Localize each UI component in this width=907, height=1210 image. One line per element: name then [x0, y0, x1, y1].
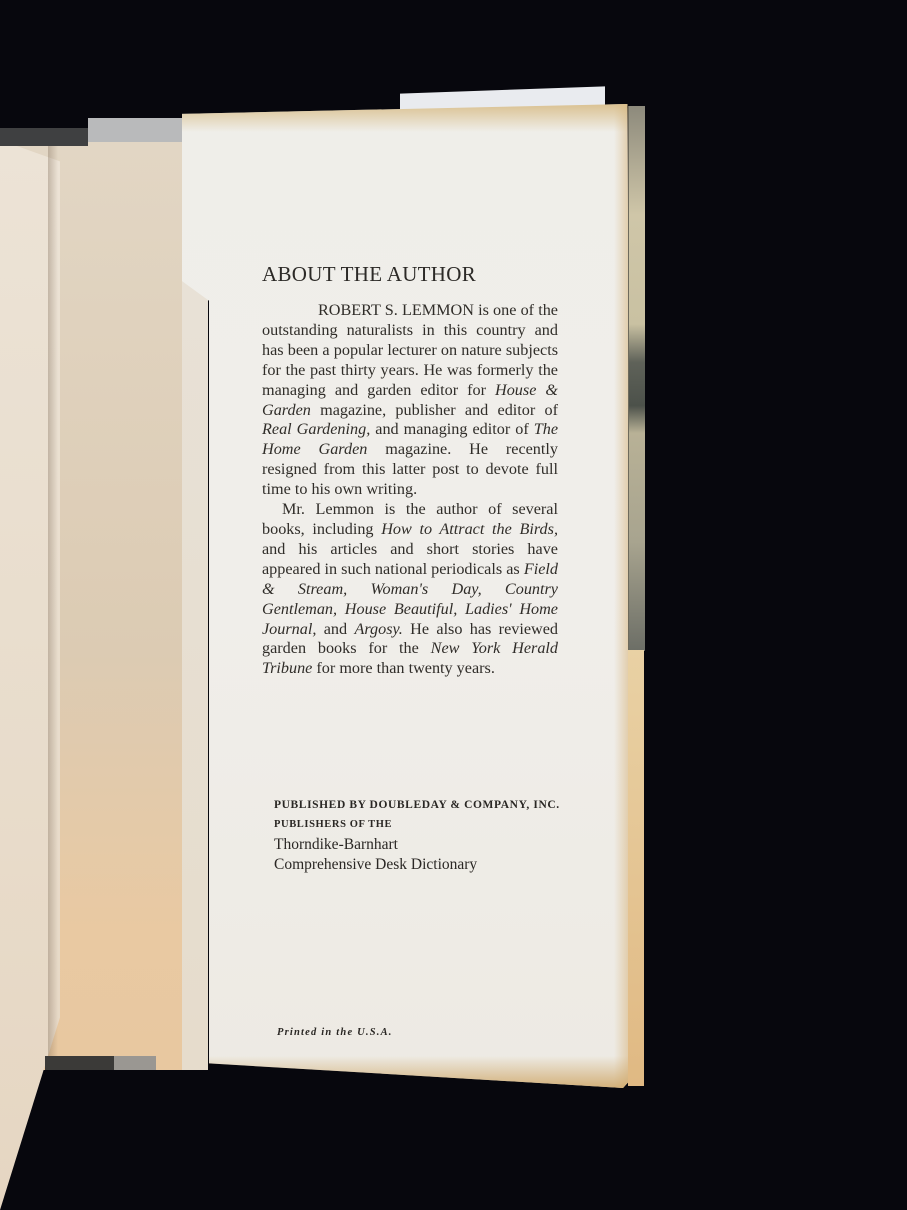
cover-top-gray-strip [88, 118, 182, 142]
publisher-imprint: Published by Doubleday & Company, Inc. P… [274, 795, 574, 875]
bio-paragraph-2: Mr. Lemmon is the author of several book… [262, 500, 558, 679]
about-author-section: ABOUT THE AUTHOR ROBERT S. LEMMON is one… [262, 262, 558, 679]
periodical-title: Argosy. [354, 620, 402, 638]
cover-bottom-dark-strip [45, 1056, 115, 1070]
printed-in-note: Printed in the U.S.A. [277, 1027, 393, 1038]
cover-bottom-gray-strip [114, 1056, 156, 1070]
book-title: How to Attract the Birds, [381, 520, 558, 538]
publication-title: Real Gardening, [262, 420, 370, 438]
bio-text: magazine, publisher and editor of [311, 401, 558, 419]
author-name: ROBERT S. LEMMON [262, 301, 474, 319]
dictionary-title-line-2: Comprehensive Desk Dictionary [274, 855, 574, 875]
section-heading: ABOUT THE AUTHOR [262, 262, 558, 287]
publisher-line: Published by Doubleday & Company, Inc. [274, 795, 574, 815]
page-edge-shadow [48, 140, 58, 1070]
bio-text: and his articles and short stories have … [262, 540, 558, 578]
publisher-subline: Publishers of the [274, 815, 574, 835]
bio-text: and managing editor of [370, 420, 533, 438]
bio-text: and [316, 620, 354, 638]
cover-top-dark-strip [0, 128, 88, 146]
jacket-spine-edge [628, 106, 645, 651]
dictionary-title-line-1: Thorndike-Barnhart [274, 835, 574, 855]
bio-text: for more than twenty years. [312, 659, 495, 677]
bio-paragraph-1: ROBERT S. LEMMON is one of the outstandi… [262, 301, 558, 500]
jacket-spine-edge-lower [628, 650, 644, 1086]
